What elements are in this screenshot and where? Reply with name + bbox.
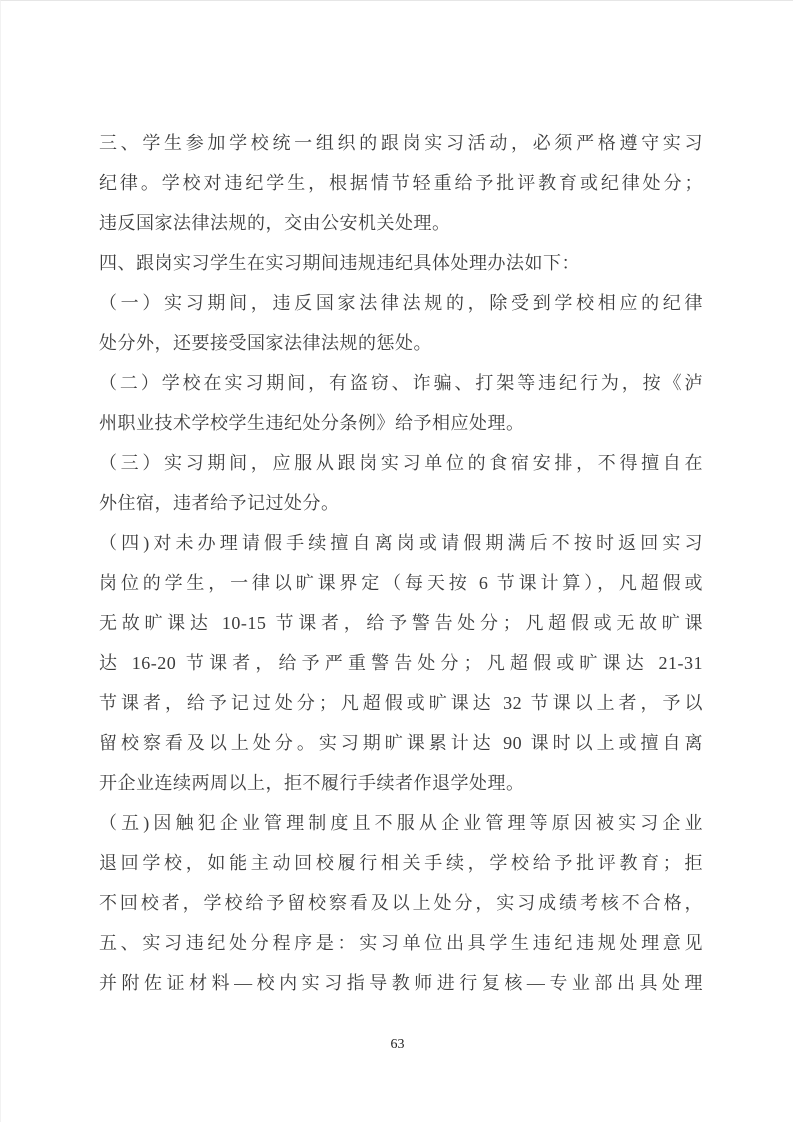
text-line: 退回学校，如能主动回校履行相关手续，学校给予批评教育；拒 [99,843,703,883]
document-page: 三、学生参加学校统一组织的跟岗实习活动，必须严格遵守实习 纪律。学校对违纪学生，… [0,0,793,1122]
page-number: 63 [1,1037,793,1053]
text-line: （二）学校在实习期间，有盗窃、诈骗、打架等违纪行为，按《泸 [99,363,703,403]
text-line: 无故旷课达 10-15 节课者，给予警告处分；凡超假或无故旷课 [99,603,703,643]
text-line: 达 16-20 节课者，给予严重警告处分；凡超假或旷课达 21-31 [99,643,703,683]
text-line: （五)因触犯企业管理制度且不服从企业管理等原因被实习企业 [99,803,703,843]
text-line: 违反国家法律法规的，交由公安机关处理。 [99,203,703,243]
text-line: 州职业技术学校学生违纪处分条例》给予相应处理。 [99,403,703,443]
text-line: 三、学生参加学校统一组织的跟岗实习活动，必须严格遵守实习 [99,123,703,163]
text-line: 留校察看及以上处分。实习期旷课累计达 90 课时以上或擅自离 [99,723,703,763]
text-line: 四、跟岗实习学生在实习期间违规违纪具体处理办法如下： [99,243,703,283]
text-line: 岗位的学生，一律以旷课界定（每天按 6 节课计算），凡超假或 [99,563,703,603]
text-line: 五、实习违纪处分程序是：实习单位出具学生违纪违规处理意见 [99,923,703,963]
text-line: （三）实习期间，应服从跟岗实习单位的食宿安排，不得擅自在 [99,443,703,483]
text-line: 并附佐证材料—校内实习指导教师进行复核—专业部出具处理 [99,963,703,1003]
body-text: 三、学生参加学校统一组织的跟岗实习活动，必须严格遵守实习 纪律。学校对违纪学生，… [99,123,703,1003]
text-line: 外住宿，违者给予记过处分。 [99,483,703,523]
text-line: （四)对未办理请假手续擅自离岗或请假期满后不按时返回实习 [99,523,703,563]
text-line: （一）实习期间，违反国家法律法规的，除受到学校相应的纪律 [99,283,703,323]
text-line: 开企业连续两周以上，拒不履行手续者作退学处理。 [99,763,703,803]
text-line: 纪律。学校对违纪学生，根据情节轻重给予批评教育或纪律处分； [99,163,703,203]
text-line: 不回校者，学校给予留校察看及以上处分，实习成绩考核不合格， [99,883,703,923]
text-line: 处分外，还要接受国家法律法规的惩处。 [99,323,703,363]
text-line: 节课者，给予记过处分；凡超假或旷课达 32 节课以上者，予以 [99,683,703,723]
